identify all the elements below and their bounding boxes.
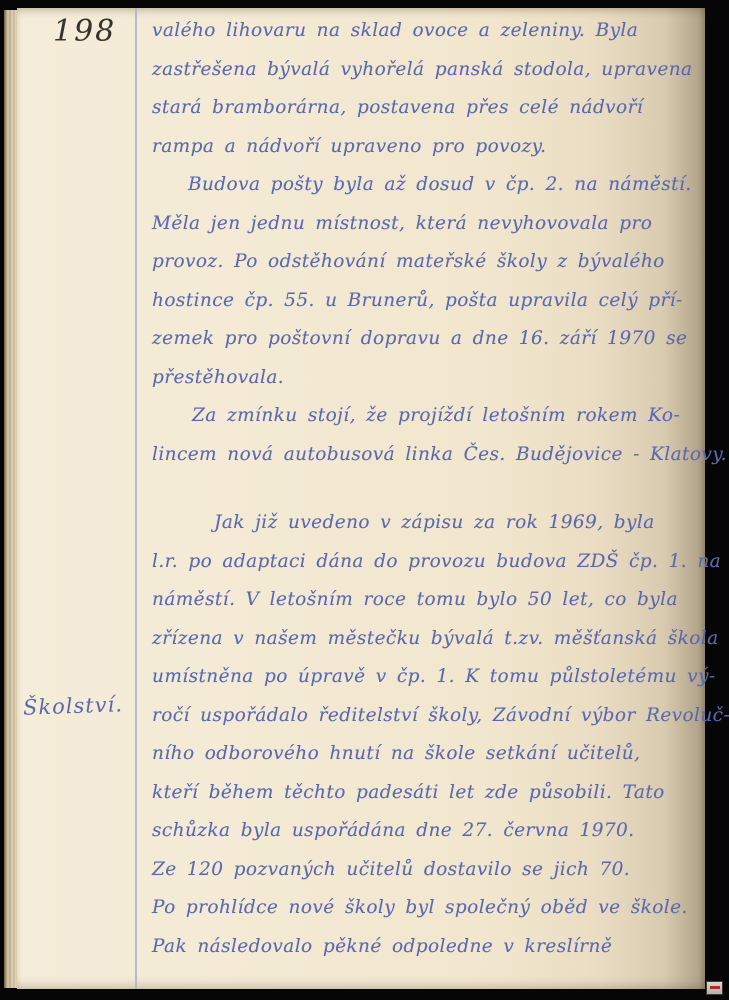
manuscript-line: stará bramborárna, postavena přes celé n… [152, 89, 708, 128]
manuscript-line: zemek pro poštovní dopravu a dne 16. zář… [152, 320, 708, 359]
minimize-red-dash-icon[interactable] [706, 981, 723, 995]
manuscript-line: kteří během těchto padesáti let zde půso… [152, 774, 708, 813]
manuscript-line: Za zmínku stojí, že projíždí letošním ro… [152, 397, 708, 436]
manuscript-line: Po prohlídce nové školy byl společný obě… [152, 889, 708, 928]
page-number: 198 [53, 14, 116, 49]
margin-heading: Školství. [23, 692, 124, 719]
manuscript-line: Pak následovalo pěkné odpoledne v kreslí… [152, 928, 708, 967]
manuscript-line: Ze 120 pozvaných učitelů dostavilo se ji… [152, 851, 708, 890]
manuscript-line: zastřešena bývalá vyhořelá panská stodol… [152, 51, 708, 90]
manuscript-line: lincem nová autobusová linka Čes. Budějo… [152, 436, 708, 475]
manuscript-text: valého lihovaru na sklad ovoce a zelenin… [152, 12, 708, 966]
red-dash [710, 986, 720, 989]
manuscript-line: Jak již uvedeno v zápisu za rok 1969, by… [152, 504, 708, 543]
margin-rule [135, 8, 137, 989]
manuscript-line: náměstí. V letošním roce tomu bylo 50 le… [152, 581, 708, 620]
manuscript-line: schůzka byla uspořádána dne 27. června 1… [152, 812, 708, 851]
manuscript-line: umístněna po úpravě v čp. 1. K tomu půls… [152, 658, 708, 697]
manuscript-line: valého lihovaru na sklad ovoce a zelenin… [152, 12, 708, 51]
manuscript-line: l.r. po adaptaci dána do provozu budova … [152, 543, 708, 582]
manuscript-line: ročí uspořádalo ředitelství školy, Závod… [152, 697, 708, 736]
page-stack-edge [4, 10, 18, 988]
manuscript-line: hostince čp. 55. u Brunerů, pošta upravi… [152, 282, 708, 321]
manuscript-line: Budova pošty byla až dosud v čp. 2. na n… [152, 166, 708, 205]
scan-frame: 198 Školství. valého lihovaru na sklad o… [0, 0, 729, 1000]
manuscript-line: provoz. Po odstěhování mateřské školy z … [152, 243, 708, 282]
manuscript-line: Měla jen jednu místnost, která nevyhovov… [152, 205, 708, 244]
manuscript-line: přestěhovala. [152, 359, 708, 398]
chronicle-page: 198 Školství. valého lihovaru na sklad o… [17, 8, 705, 989]
manuscript-line: zřízena v našem městečku bývalá t.zv. mě… [152, 620, 708, 659]
manuscript-line: ního odborového hnutí na škole setkání u… [152, 735, 708, 774]
manuscript-line: rampa a nádvoří upraveno pro povozy. [152, 128, 708, 167]
